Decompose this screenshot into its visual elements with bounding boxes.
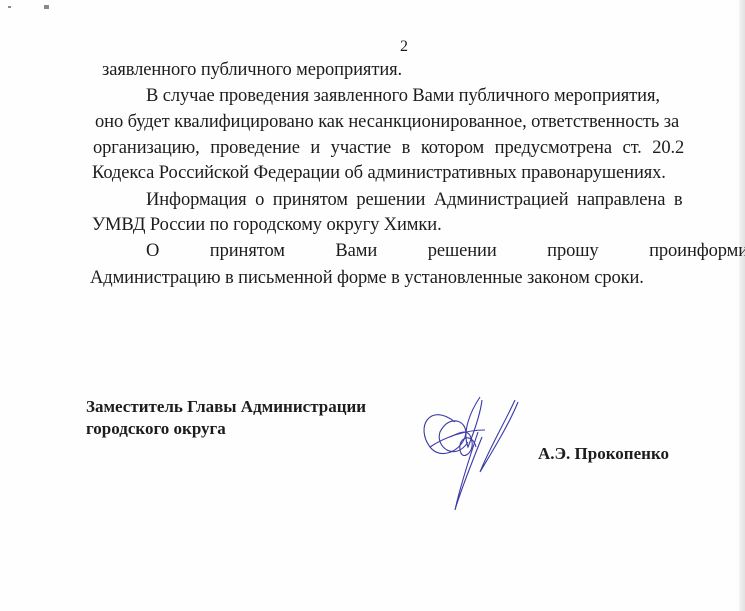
text-line-content: В случае проведения заявленного Вами пуб… xyxy=(146,86,660,107)
text-line: Кодекса Российской Федерации об админист… xyxy=(92,163,666,184)
text-line: заявленного публичного мероприятия. xyxy=(102,60,402,81)
page-number: 2 xyxy=(400,38,408,56)
handwritten-signature xyxy=(410,392,540,517)
scan-artifact xyxy=(44,5,49,9)
text-line: О принятом Вами решении прошу проинформи… xyxy=(146,241,745,262)
page-edge xyxy=(739,0,745,611)
signatory-title-line: городского округа xyxy=(86,418,366,440)
text-line: В случае проведения заявленного Вами пуб… xyxy=(146,86,730,107)
text-line: оно будет квалифицировано как несанкцион… xyxy=(95,112,679,133)
scan-artifact xyxy=(8,6,11,8)
text-line: организацию, проведение и участие в кото… xyxy=(93,138,684,159)
signatory-title-line: Заместитель Главы Администрации xyxy=(86,396,366,418)
signatory-title: Заместитель Главы Администрации городско… xyxy=(86,396,366,440)
text-line: УМВД России по городскому округу Химки. xyxy=(92,215,442,236)
signatory-name: А.Э. Прокопенко xyxy=(538,444,669,464)
document-page: 2 заявленного публичного мероприятия. В … xyxy=(0,0,745,611)
text-line: Администрацию в письменной форме в устан… xyxy=(90,268,644,289)
text-line: Информация о принятом решении Администра… xyxy=(146,190,682,211)
